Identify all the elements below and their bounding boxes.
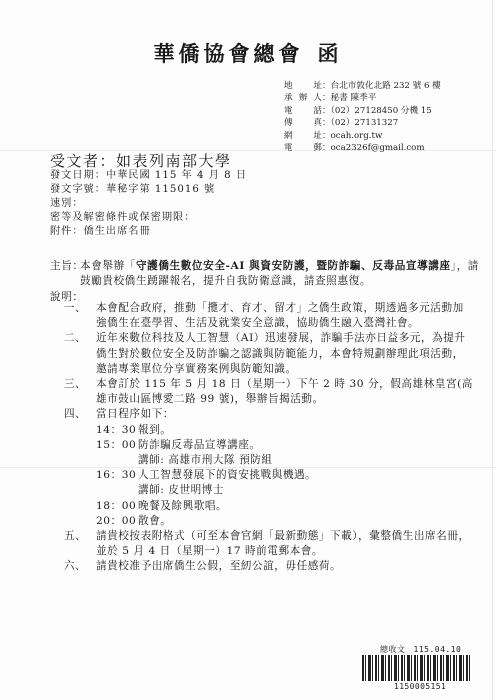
letter-title: 華僑協會總會函 xyxy=(0,38,496,68)
contact-handler: 承辦人：秘書 陳季平 xyxy=(284,92,441,104)
explanation-items: 一、本會配合政府，推動「攬才、育才、留才」之僑生政策，期透過多元活動加強僑生在臺… xyxy=(64,301,474,575)
meta-block: 發文日期：中華民國 115 年 4 月 8 日 發文字號：華秘字第 115016… xyxy=(50,169,247,239)
meta-doc-number: 發文字號：華秘字第 115016 號 xyxy=(50,183,247,197)
barcode-number: 1150005151 xyxy=(394,682,446,691)
meta-attachment: 附件：僑生出席名冊 xyxy=(50,225,247,239)
schedule-row: 16：30人工智慧發展下的資安挑戰與機遇。 xyxy=(96,468,474,483)
issuer-name: 華僑協會總會 xyxy=(154,41,304,66)
explanation-item: 六、請貴校准予出席僑生公假，至紉公誼，毋任感荷。 xyxy=(64,559,474,574)
explanation-item: 三、本會訂於 115 年 5 月 18 日（星期一）下午 2 時 30 分，假高… xyxy=(64,377,474,407)
schedule-row: 20：00散會。 xyxy=(96,514,474,529)
explanation-item: 二、近年來數位科技及人工智慧（AI）迅速發展，詐騙手法亦日益多元，為提升僑生對於… xyxy=(64,331,474,377)
meta-speed: 速別： xyxy=(50,197,247,211)
explanation-item: 四、當日程序如下： xyxy=(64,407,474,422)
contact-phone: 電 話：（02）27128450 分機 15 xyxy=(284,105,441,117)
receipt-stamp: 總收文115.04.10 xyxy=(380,644,461,655)
contact-block: 地 址：台北市敦化北路 232 號 6 樓 承辦人：秘書 陳季平 電 話：（02… xyxy=(284,80,441,154)
event-title: 守護僑生數位安全-AI 與資安防護，暨防詐騙、反毒品宣導講座 xyxy=(136,260,451,272)
recipient-value: 如表列南部大學 xyxy=(116,152,232,170)
barcode-icon xyxy=(362,655,470,681)
document-kind: 函 xyxy=(318,41,343,66)
receipt-date: 115.04.10 xyxy=(414,645,462,654)
recipient-line: 受文者：如表列南部大學 xyxy=(50,150,232,171)
meta-issue-date: 發文日期：中華民國 115 年 4 月 8 日 xyxy=(50,169,247,183)
schedule-row: 15：00防詐騙反毒品宣導講座。 xyxy=(96,438,474,453)
contact-website: 網 址：ocah.org.tw xyxy=(284,130,441,142)
schedule-row: 14：30報到。 xyxy=(96,423,474,438)
subject-block: 主旨： 本會舉辦「守護僑生數位安全-AI 與資安防護，暨防詐騙、反毒品宣導講座」… xyxy=(50,259,480,289)
meta-classification: 密等及解密條件或保密期限： xyxy=(50,211,247,225)
scan-edge xyxy=(492,0,493,700)
contact-fax: 傳 真：（02）27131327 xyxy=(284,117,441,129)
schedule-list: 14：30報到。 15：00防詐騙反毒品宣導講座。 講師: 高雄市刑大隊 預防組… xyxy=(64,423,474,529)
schedule-speaker: 講師: 皮世明博士 xyxy=(96,483,474,498)
schedule-row: 18：00晚餐及餘興歌唱。 xyxy=(96,499,474,514)
contact-email: 電 郵：oca2326f@gmail.com xyxy=(284,142,441,154)
letter-page: 華僑協會總會函 地 址：台北市敦化北路 232 號 6 樓 承辦人：秘書 陳季平… xyxy=(0,0,496,700)
contact-address: 地 址：台北市敦化北路 232 號 6 樓 xyxy=(284,80,441,92)
explanation-item: 一、本會配合政府，推動「攬才、育才、留才」之僑生政策，期透過多元活動加強僑生在臺… xyxy=(64,301,474,331)
schedule-speaker: 講師: 高雄市刑大隊 預防組 xyxy=(96,453,474,468)
explanation-item: 五、請貴校按表附格式（可至本會官網「最新動態」下載），彙整僑生出席名冊，並於 5… xyxy=(64,529,474,559)
